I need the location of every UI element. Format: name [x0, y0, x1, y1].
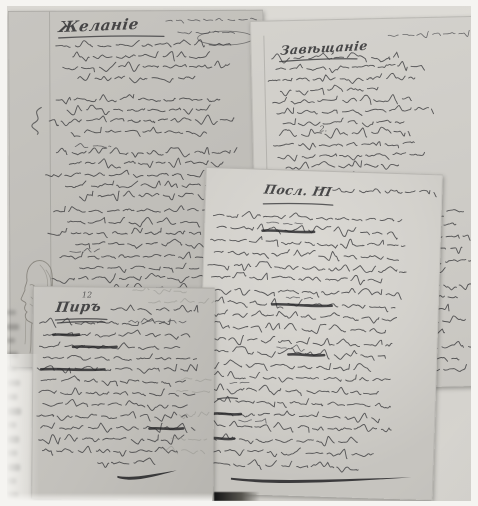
photo-fade-left [7, 354, 39, 501]
screenshot-root: Желаніе Завѣщаніе 2. Посл. III 12 Пиръ [0, 0, 478, 506]
manuscript-page-pir: 12 Пиръ [31, 286, 215, 501]
manuscript-photo: Желаніе Завѣщаніе 2. Посл. III 12 Пиръ [7, 6, 471, 501]
handwriting-lines-pir [32, 287, 214, 500]
manuscript-page-poslanie: Посл. III [196, 167, 443, 500]
photo-fade-bottom [7, 493, 212, 501]
photo-artifact-bar [214, 492, 260, 501]
handwriting-lines-poslanie [197, 168, 442, 499]
